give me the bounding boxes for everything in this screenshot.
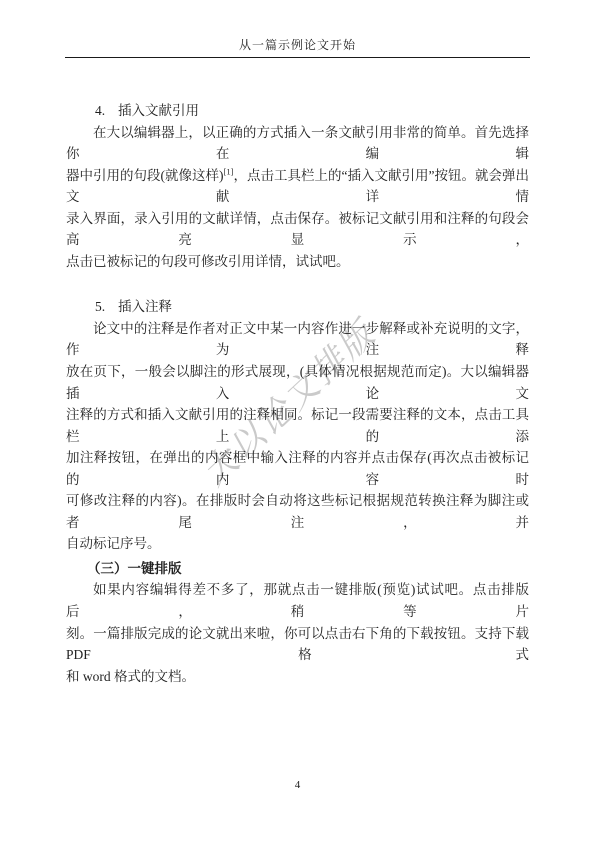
document-page: 大以论文排版 从一篇示例论文开始 4.插入文献引用 在大以编辑器上，以正确的方式… (0, 0, 595, 842)
paragraph-line: 自动标记序号。 (66, 533, 529, 555)
running-header-title: 从一篇示例论文开始 (65, 38, 530, 58)
paragraph-line: 点击已被标记的句段可修改引用详情，试试吧。 (66, 251, 529, 273)
section-title: 插入文献引用 (118, 103, 199, 118)
paragraph-line: 可修改注释的内容)。在排版时会自动将这些标记根据规范转换注释为脚注或者尾注，并 (66, 490, 529, 533)
paragraph-line: 在大以编辑器上，以正确的方式插入一条文献引用非常的简单。首先选择你在编辑 (66, 122, 529, 165)
section-citation-heading: 4.插入文献引用 (66, 100, 529, 122)
section-annotation-heading: 5.插入注释 (66, 296, 529, 318)
page-number: 4 (295, 779, 301, 791)
paragraph-line: 注释的方式和插入文献引用的注释相同。标记一段需要注释的文本，点击工具栏上的添 (66, 404, 529, 447)
paragraph-line: 录入界面，录入引用的文献详情，点击保存。被标记文献引用和注释的句段会高亮显示， (66, 208, 529, 251)
paragraph-line: 加注释按钮，在弹出的内容框中输入注释的内容并点击保存(再次点击被标记的内容时 (66, 447, 529, 490)
line-text: 器中引用的句段(就像这样) (66, 168, 224, 183)
page-footer: 4 (0, 779, 595, 792)
subsection-onekey-heading: （三）一键排版 (66, 558, 529, 580)
page-header: 从一篇示例论文开始 (65, 0, 530, 58)
paragraph-line: 器中引用的句段(就像这样)[1]，点击工具栏上的“插入文献引用”按钮。就会弹出文… (66, 165, 529, 208)
text-block: 4.插入文献引用 在大以编辑器上，以正确的方式插入一条文献引用非常的简单。首先选… (66, 100, 529, 687)
page-body: 4.插入文献引用 在大以编辑器上，以正确的方式插入一条文献引用非常的简单。首先选… (66, 100, 529, 687)
paragraph-line: 刻。一篇排版完成的论文就出来啦，你可以点击右下角的下载按钮。支持下载 PDF 格… (66, 623, 529, 666)
footnote-reference: [1] (224, 166, 234, 176)
section-number: 4. (95, 100, 108, 122)
section-title: 插入注释 (118, 299, 172, 314)
paragraph-line: 如果内容编辑得差不多了，那就点击一键排版(预览)试试吧。点击排版后，稍等片 (66, 579, 529, 622)
paragraph-line: 和 word 格式的文档。 (66, 666, 529, 688)
paragraph-line: 论文中的注释是作者对正文中某一内容作进一步解释或补充说明的文字，作为注释 (66, 318, 529, 361)
paragraph-line: 放在页下，一般会以脚注的形式展现，(具体情况根据规范而定)。大以编辑器插入论文 (66, 361, 529, 404)
section-number: 5. (95, 296, 108, 318)
